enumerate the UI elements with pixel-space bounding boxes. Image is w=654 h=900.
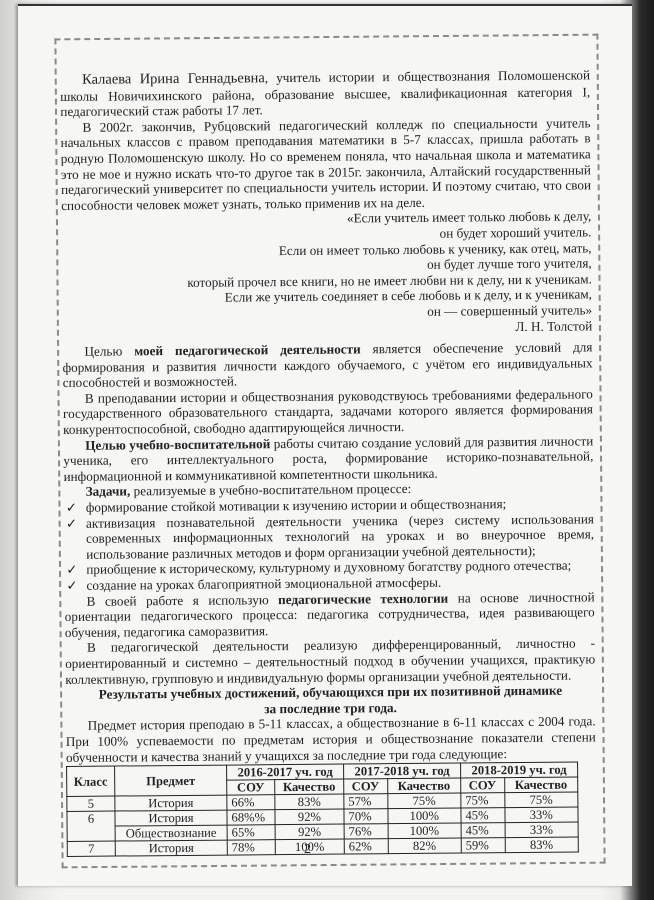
header-subject: Предмет [115, 765, 227, 796]
technologies-bold: педагогические технологии [278, 590, 448, 606]
cell-quality: 83% [505, 837, 579, 853]
cell-sou: 62% [344, 839, 388, 854]
checkmark-icon: ✓ [66, 562, 77, 578]
subheader-sou: СОУ [461, 778, 505, 793]
cell-sou: 45% [461, 808, 505, 823]
cell-quality: 100% [387, 808, 461, 824]
cell-sou: 75% [461, 793, 505, 808]
educational-goal-paragraph: Целью учебно-воспитательной работы счита… [63, 433, 593, 484]
technologies-lead: В своей работе я использую [87, 592, 279, 609]
document-body: Калаева Ирина Геннадьевна, учитель истор… [60, 67, 597, 857]
approach-paragraph: В педагогической деятельности реализую д… [65, 636, 595, 687]
cell-subject: История [115, 840, 227, 856]
cell-quality: 92% [275, 824, 344, 840]
task-text: создание на уроках благоприятной эмоцион… [86, 575, 441, 593]
quote-author: Л. Н. Толстой [62, 318, 592, 338]
subheader-sou: СОУ [344, 779, 388, 794]
cell-sou: 66% [227, 795, 275, 810]
cell-sou: 76% [344, 824, 388, 839]
cell-sou: 78% [227, 840, 275, 855]
cell-subject: История [115, 810, 227, 826]
goal-paragraph: Целью моей педагогической деятельности я… [62, 339, 592, 390]
checkmark-icon: ✓ [66, 515, 77, 531]
results-paragraph: Предмет история преподаю в 5-11 классах,… [66, 714, 596, 765]
tasks-intro-bold: Задачи, [86, 484, 131, 499]
cell-subject: Обществознание [115, 825, 227, 841]
subheader-quality: Качество [275, 779, 344, 795]
cell-quality: 100% [388, 823, 462, 839]
tasks-list: ✓формирование стойкой мотивации к изучен… [64, 495, 595, 593]
cell-sou: 45% [461, 823, 505, 838]
cell-quality: 33% [505, 822, 579, 838]
subheader-quality: Качество [504, 777, 578, 793]
cell-class: 7 [67, 841, 115, 856]
cell-sou: 68%% [227, 810, 275, 825]
cell-quality: 83% [275, 794, 344, 810]
cell-quality: 75% [504, 792, 578, 808]
checkmark-icon: ✓ [66, 578, 77, 594]
cell-quality: 82% [388, 838, 462, 854]
checkmark-icon: ✓ [66, 500, 77, 516]
task-item: ✓активизация познавательной деятельности… [64, 511, 594, 562]
cell-sou: 65% [227, 825, 275, 840]
cell-class: 6 [67, 811, 115, 841]
header-class: Класс [67, 766, 115, 796]
author-intro: Калаева Ирина Геннадьевна, учитель истор… [60, 67, 590, 119]
cell-sou: 59% [461, 838, 505, 853]
header-year-2018: 2018-2019 уч. год [460, 762, 577, 778]
tolstoy-quote: «Если учитель имеет только любовь к делу… [61, 209, 592, 338]
goal-lead: Целью [84, 343, 134, 358]
subheader-quality: Качество [387, 778, 461, 794]
author-name: Калаева Ирина Геннадьевна [82, 70, 265, 88]
cell-sou: 57% [344, 794, 388, 809]
cell-quality: 75% [387, 793, 461, 809]
subheader-sou: СОУ [227, 780, 275, 795]
cell-quality: 92% [275, 809, 344, 825]
goal-bold: моей педагогической деятельности [134, 341, 361, 358]
cell-quality: 33% [504, 807, 578, 823]
cell-sou: 70% [344, 809, 388, 824]
page-number: 2 [304, 842, 311, 858]
cell-class: 5 [67, 796, 115, 811]
tasks-intro-rest: реализуемые в учебно-воспитательном проц… [130, 481, 411, 498]
technologies-paragraph: В своей работе я использую педагогически… [65, 589, 595, 640]
educational-goal-bold: Целью учебно-воспитательной [85, 436, 270, 453]
bio-paragraph: В 2002г. закончив, Рубцовский педагогиче… [60, 115, 591, 213]
header-year-2017: 2017-2018 уч. год [344, 763, 461, 779]
results-table: Класс Предмет 2016-2017 уч. год 2017-201… [66, 762, 579, 857]
cell-subject: История [115, 795, 227, 811]
standard-paragraph: В преподавании истории и обществознания … [63, 386, 593, 437]
task-text: активизация познавательной деятельности … [86, 511, 594, 562]
header-year-2016: 2016-2017 уч. год [227, 764, 344, 780]
